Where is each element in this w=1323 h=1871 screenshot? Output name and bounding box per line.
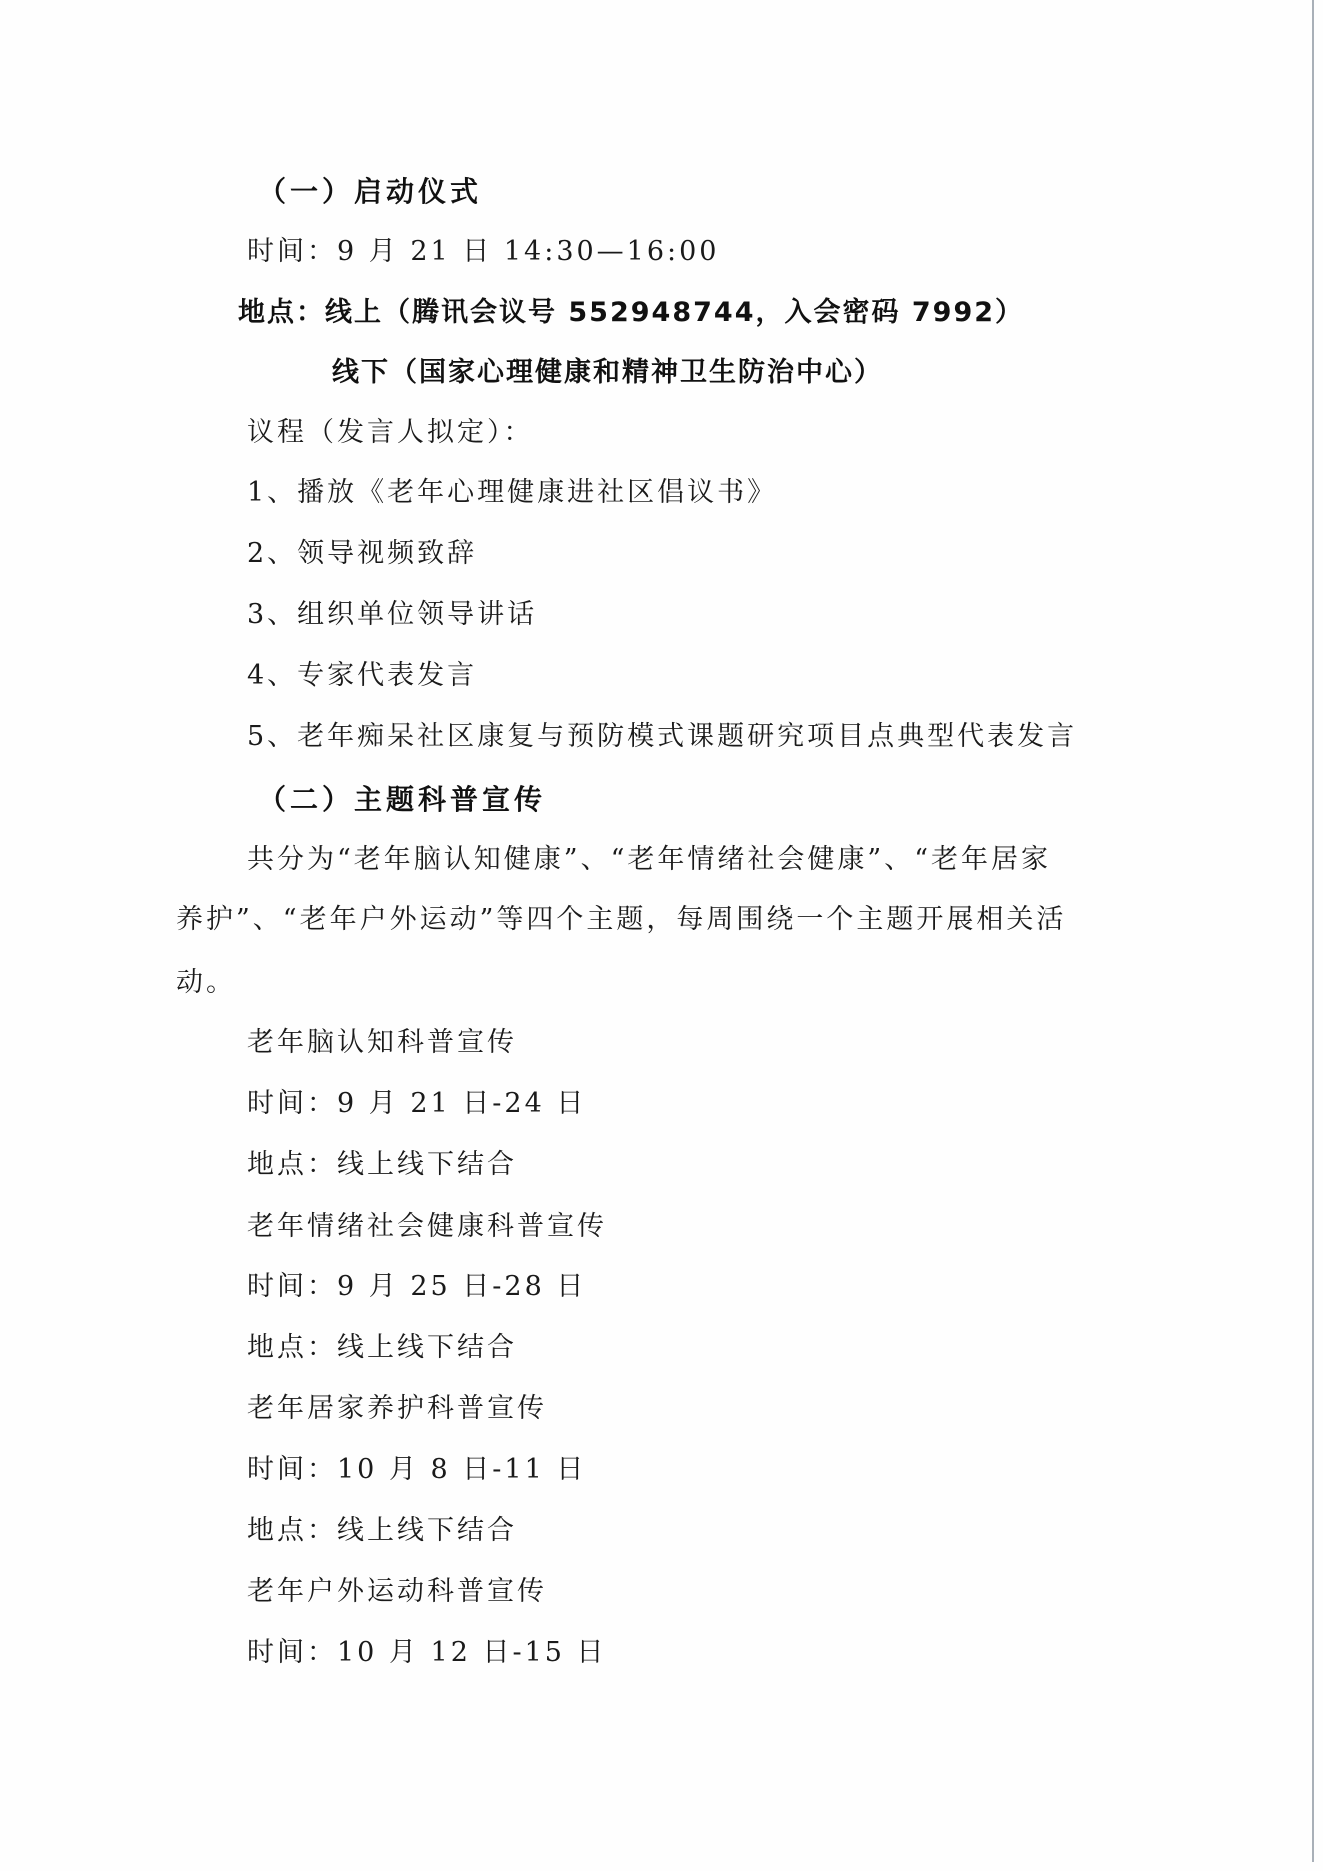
topic-time: 时间：9 月 25 日-28 日: [247, 1269, 586, 1305]
agenda-item: 4、专家代表发言: [247, 658, 477, 694]
agenda-item: 5、老年痴呆社区康复与预防模式课题研究项目点典型代表发言: [247, 719, 1077, 755]
topic-title: 老年居家养护科普宣传: [247, 1391, 547, 1427]
section-1-heading: （一）启动仪式: [258, 174, 482, 210]
intro-line: 养护”、“老年户外运动”等四个主题，每周围绕一个主题开展相关活: [176, 902, 1066, 938]
section-1-time: 时间：9 月 21 日 14:30—16:00: [247, 234, 719, 270]
topic-title: 老年户外运动科普宣传: [247, 1574, 547, 1610]
document-page: （一）启动仪式 时间：9 月 21 日 14:30—16:00 地点：线上（腾讯…: [0, 0, 1323, 1871]
topic-time: 时间：10 月 8 日-11 日: [247, 1452, 586, 1488]
section-1-location-online: 地点：线上（腾讯会议号 552948744，入会密码 7992）: [238, 295, 1024, 331]
scan-edge-line: [1312, 0, 1314, 1862]
topic-title: 老年脑认知科普宣传: [247, 1025, 517, 1061]
intro-line: 动。: [176, 965, 236, 1001]
topic-location: 地点：线上线下结合: [247, 1513, 517, 1549]
topic-location: 地点：线上线下结合: [247, 1147, 517, 1183]
agenda-item: 3、组织单位领导讲话: [247, 597, 537, 633]
section-1-location-offline: 线下（国家心理健康和精神卫生防治中心）: [332, 355, 883, 391]
topic-location: 地点：线上线下结合: [247, 1330, 517, 1366]
agenda-item: 1、播放《老年心理健康进社区倡议书》: [247, 475, 777, 511]
section-2-heading: （二）主题科普宣传: [258, 782, 546, 818]
agenda-title: 议程（发言人拟定）：: [247, 415, 534, 451]
agenda-item: 2、领导视频致辞: [247, 536, 477, 572]
topic-time: 时间：10 月 12 日-15 日: [247, 1635, 607, 1671]
topic-title: 老年情绪社会健康科普宣传: [247, 1209, 607, 1245]
topic-time: 时间：9 月 21 日-24 日: [247, 1086, 586, 1122]
intro-line: 共分为“老年脑认知健康”、“老年情绪社会健康”、“老年居家: [247, 842, 1051, 878]
